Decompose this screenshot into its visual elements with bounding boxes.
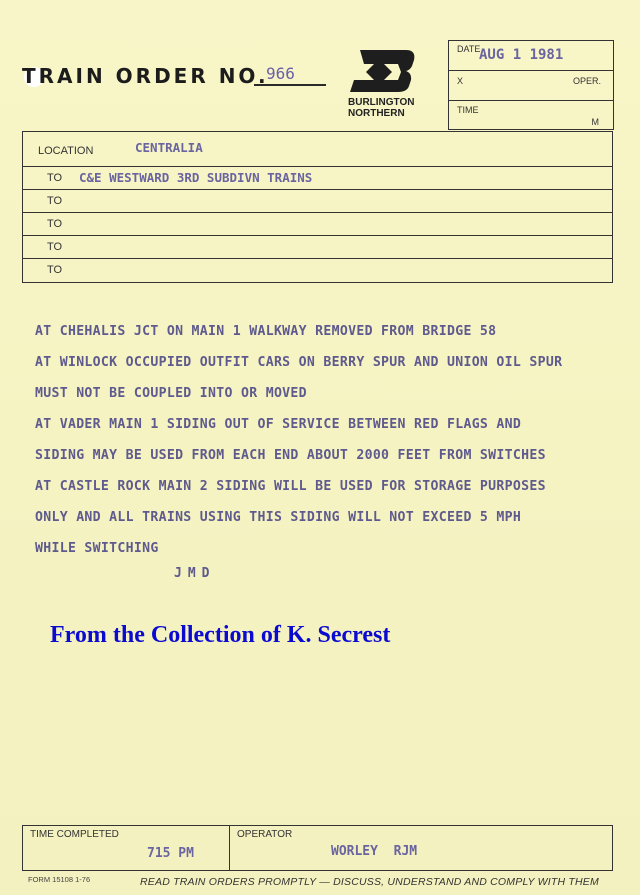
m-label: M	[592, 117, 600, 127]
to-label: TO	[47, 195, 62, 207]
logo-text-line1: BURLINGTON	[348, 97, 414, 108]
footer-divider	[229, 826, 230, 870]
form-title: TRAIN ORDER NO.	[22, 64, 269, 88]
order-number: 966	[266, 64, 295, 83]
to-row: TO C&E WESTWARD 3RD SUBDIVN TRAINS	[23, 167, 612, 190]
operator-label: OPERATOR	[237, 829, 292, 840]
order-body-text: AT CHEHALIS JCT ON MAIN 1 WALKWAY REMOVE…	[35, 320, 562, 568]
completion-box: TIME COMPLETED 715 PM OPERATOR WORLEY RJ…	[22, 825, 613, 871]
x-label: X	[457, 76, 463, 86]
location-row: LOCATION CENTRALIA	[23, 132, 612, 167]
order-number-underline	[254, 84, 326, 86]
to-label: TO	[47, 264, 62, 276]
time-completed-value: 715 PM	[147, 846, 194, 861]
instruction-text: READ TRAIN ORDERS PROMPTLY — DISCUSS, UN…	[140, 876, 599, 888]
logo-text-line2: NORTHERN	[348, 108, 414, 119]
to-label: TO	[47, 172, 62, 184]
time-label: TIME	[457, 105, 479, 115]
collection-caption: From the Collection of K. Secrest	[50, 622, 390, 649]
form-number: FORM 15108 1-76	[28, 875, 90, 884]
time-row: TIME M	[449, 101, 613, 131]
to-label: TO	[47, 241, 62, 253]
order-line: WHILE SWITCHING	[35, 537, 562, 568]
train-order-form: TRAIN ORDER NO. 966 BURLINGTON NORTHERN …	[0, 0, 640, 895]
to-value: C&E WESTWARD 3RD SUBDIVN TRAINS	[79, 170, 312, 185]
location-label: LOCATION	[38, 145, 93, 157]
dispatcher-initials: JMD	[174, 566, 215, 581]
date-box: DATE AUG 1 1981 X OPER. TIME M	[448, 40, 614, 130]
to-row: TO	[23, 190, 612, 213]
logo-text: BURLINGTON NORTHERN	[348, 97, 414, 119]
order-line: AT CASTLE ROCK MAIN 2 SIDING WILL BE USE…	[35, 475, 562, 506]
time-completed-label: TIME COMPLETED	[30, 829, 119, 840]
to-row: TO	[23, 213, 612, 236]
order-line: AT VADER MAIN 1 SIDING OUT OF SERVICE BE…	[35, 413, 562, 444]
oper-row: X OPER.	[449, 71, 613, 101]
date-label: DATE	[457, 44, 480, 54]
order-line: ONLY AND ALL TRAINS USING THIS SIDING WI…	[35, 506, 562, 537]
date-value: AUG 1 1981	[479, 47, 563, 63]
order-line: AT WINLOCK OCCUPIED OUTFIT CARS ON BERRY…	[35, 351, 562, 382]
to-label: TO	[47, 218, 62, 230]
operator-value: WORLEY RJM	[331, 844, 417, 859]
date-row: DATE AUG 1 1981	[449, 41, 613, 71]
order-line: AT CHEHALIS JCT ON MAIN 1 WALKWAY REMOVE…	[35, 320, 562, 351]
address-box: LOCATION CENTRALIA TO C&E WESTWARD 3RD S…	[22, 131, 613, 283]
oper-label: OPER.	[573, 76, 601, 86]
to-row: TO	[23, 236, 612, 259]
location-value: CENTRALIA	[135, 140, 203, 155]
order-line: SIDING MAY BE USED FROM EACH END ABOUT 2…	[35, 444, 562, 475]
burlington-northern-logo-icon	[346, 50, 416, 92]
order-line: MUST NOT BE COUPLED INTO OR MOVED	[35, 382, 562, 413]
to-row: TO	[23, 259, 612, 282]
